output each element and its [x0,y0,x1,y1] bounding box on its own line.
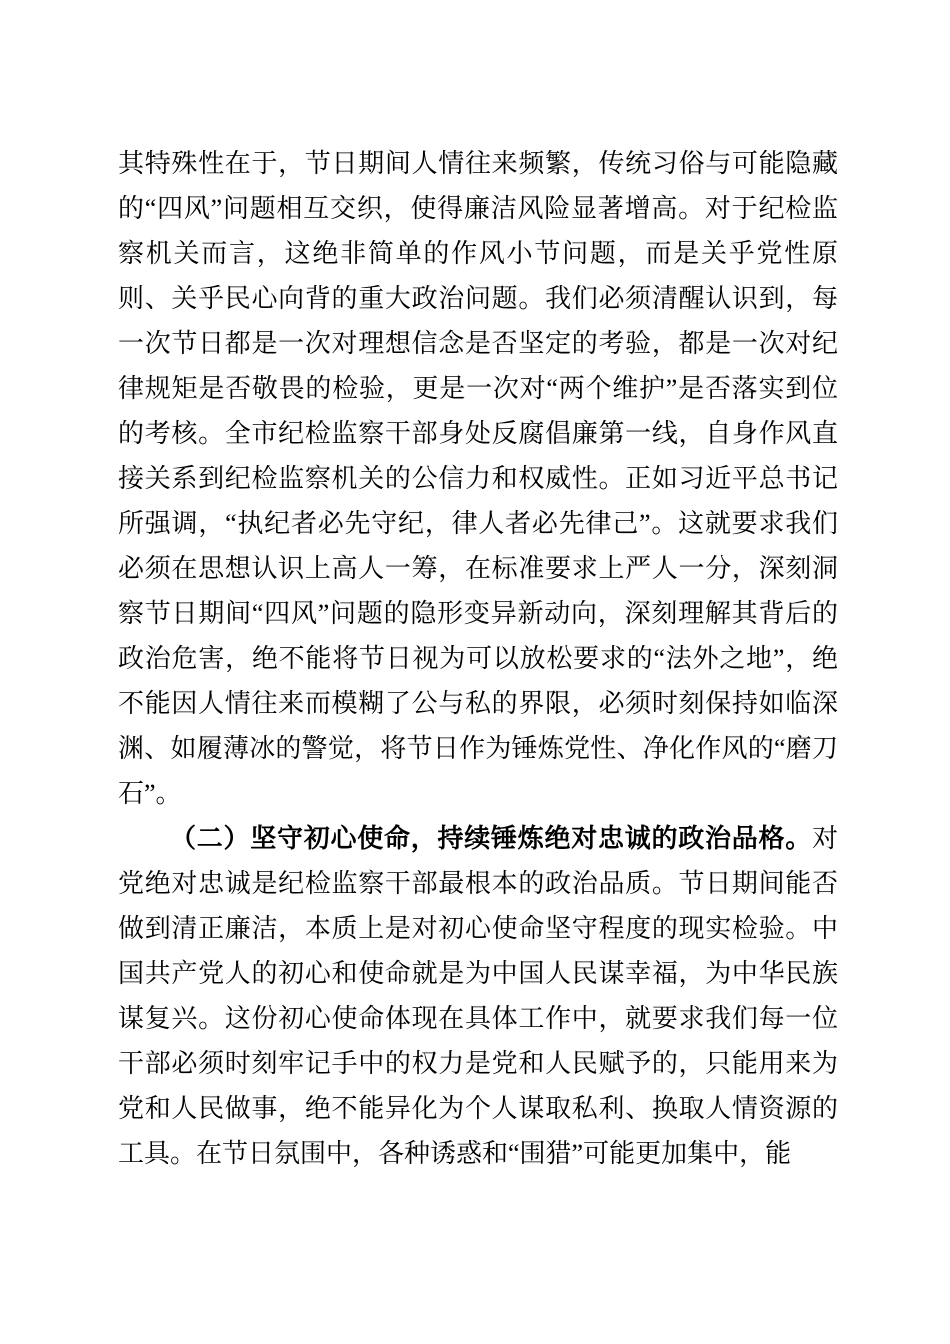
paragraph-section-2: （二）坚守初心使命，持续锤炼绝对忠诚的政治品格。对党绝对忠诚是纪检监察干部最根本… [118,816,838,1176]
paragraph-continuation: 其特殊性在于，节日期间人情往来频繁，传统习俗与可能隐藏的“四风”问题相互交织，使… [118,141,838,816]
document-text-block: 其特殊性在于，节日期间人情往来频繁，传统习俗与可能隐藏的“四风”问题相互交织，使… [118,141,838,1176]
document-page: 其特殊性在于，节日期间人情往来频繁，传统习俗与可能隐藏的“四风”问题相互交织，使… [0,0,950,1344]
section-2-body-text: 对党绝对忠诚是纪检监察干部最根本的政治品质。节日期间能否做到清正廉洁，本质上是对… [118,824,838,1168]
section-2-heading: （二）坚守初心使命，持续锤炼绝对忠诚的政治品格。 [170,824,812,853]
